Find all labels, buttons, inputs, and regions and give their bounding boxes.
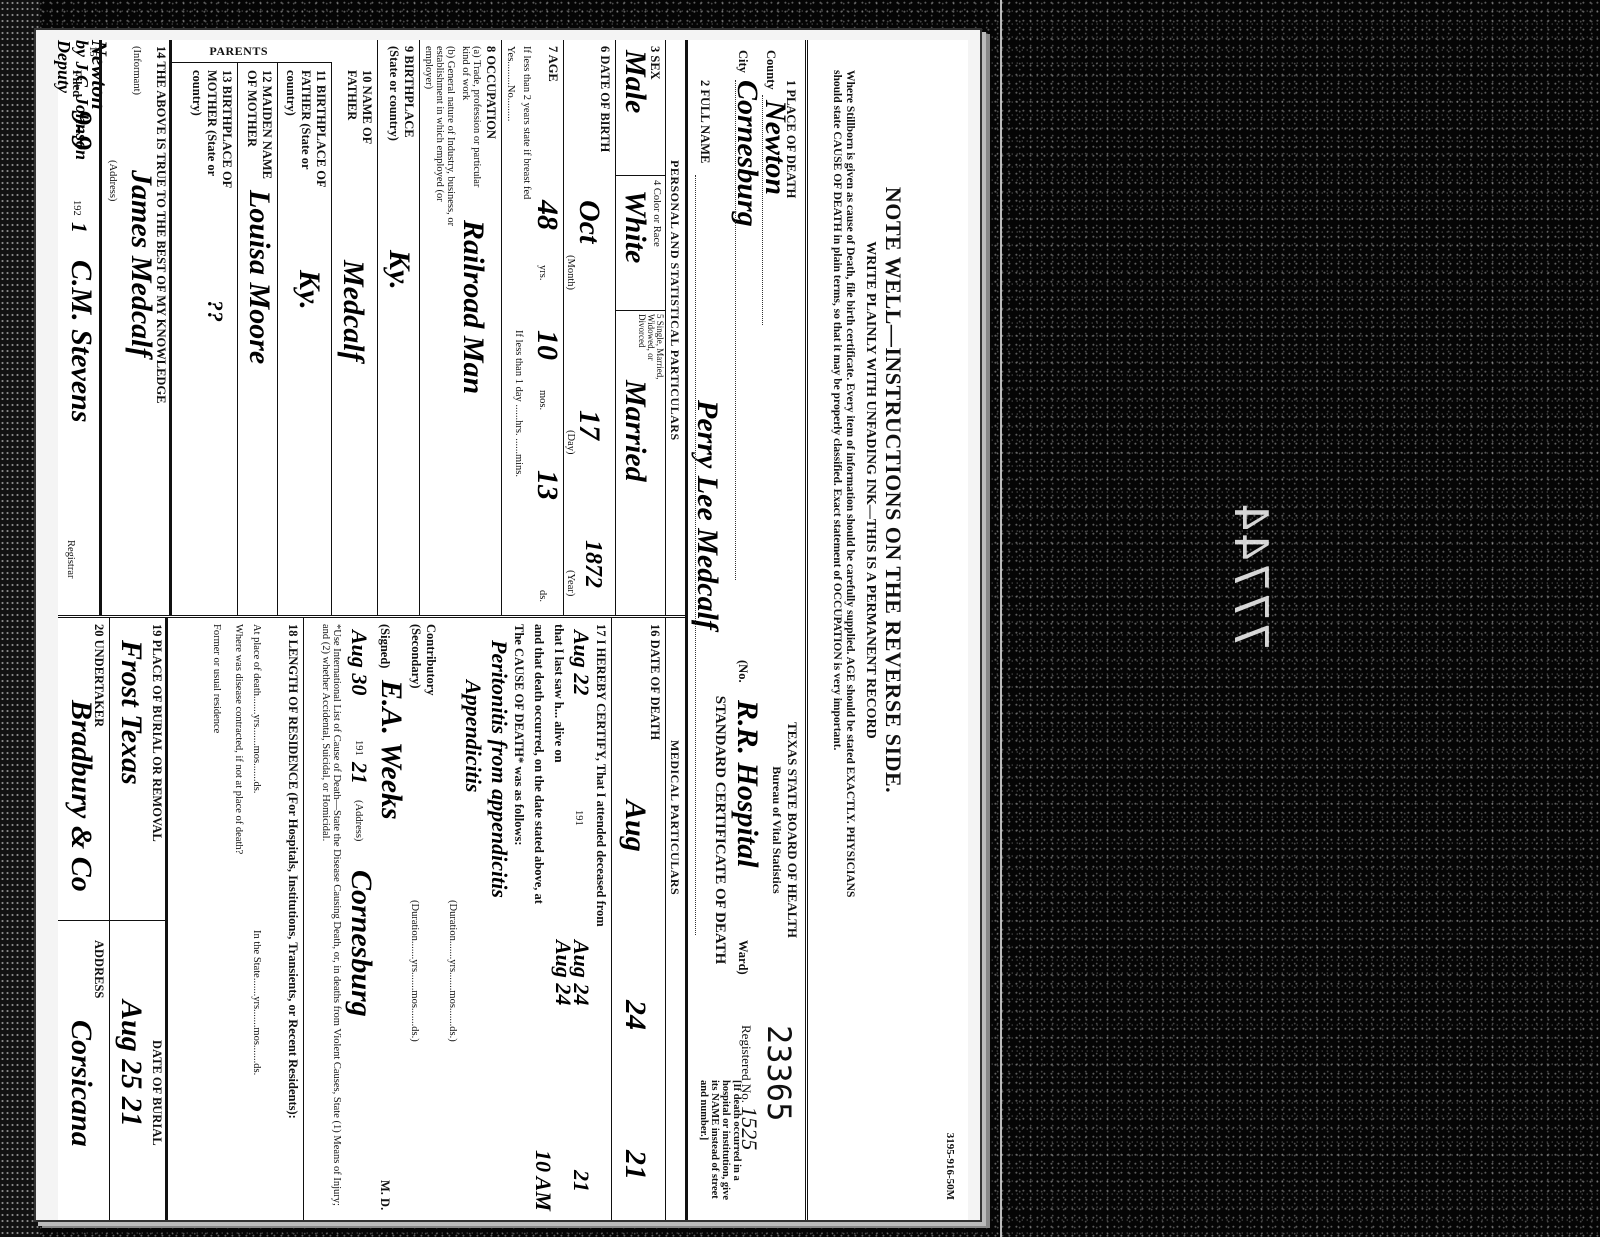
signed-label: (Signed) (377, 624, 392, 668)
center-divider (58, 615, 688, 618)
stamp-number: 77744 (1224, 502, 1278, 650)
physician-address-caption: (Address) (353, 800, 364, 841)
certificate-title: STANDARD CERTIFICATE OF DEATH (711, 640, 728, 1020)
burial-date-label: DATE OF BURIAL (149, 1040, 164, 1146)
burial-place-label: 19 PLACE OF BURIAL OR REMOVAL (149, 624, 164, 842)
signed-date: Aug 30 (346, 630, 372, 695)
full-name-line (695, 175, 696, 935)
full-name-label: 2 FULL NAME (697, 80, 712, 163)
row-rule (277, 62, 278, 615)
certify-label: 17 I HEREBY CERTIFY, That I attended dec… (593, 624, 608, 927)
residence-in-state: In the State.......yrs.......mos.......d… (251, 930, 262, 1075)
mother-maiden-value: Louisa Moore (242, 190, 276, 364)
cause-footnote: *Use International List of Cause of Deat… (320, 624, 342, 1214)
residence-label: 18 LENGTH OF RESIDENCE (For Hospitals, I… (285, 624, 300, 1214)
board-title: TEXAS STATE BOARD OF HEALTH (784, 680, 800, 980)
less-than-day: If less than 1 day ......hrs. ......mins… (513, 330, 524, 477)
informant-address-caption: (Address) (107, 160, 118, 201)
registrar-caption: Registrar (65, 540, 76, 579)
county-label: County (763, 50, 778, 90)
age-days-unit: ds. (537, 590, 548, 602)
race-label: 4 Color or Race (651, 180, 662, 247)
where-contracted: Where was disease contracted, if not at … (233, 624, 244, 854)
birthplace-value: Ky. (382, 250, 416, 290)
dob-label: 6 DATE OF BIRTH (597, 46, 612, 152)
row-rule (109, 618, 110, 1220)
father-birthplace-label: 11 BIRTHPLACE OF FATHER (State or countr… (283, 70, 328, 200)
last-saw-label: that I last saw h... alive on (551, 624, 566, 763)
race-value: White (618, 190, 652, 263)
undertaker-address-value: Corsicana (64, 1020, 98, 1147)
breast-fed-note: If less than 2 years state if breast fed (521, 46, 532, 199)
parents-section-title: PARENTS (209, 44, 268, 59)
age-label: 7 AGE (545, 46, 560, 82)
occupation-label: 8 OCCUPATION (483, 46, 498, 139)
name-rule (685, 40, 688, 1220)
death-date-label: 16 DATE OF DEATH (647, 624, 662, 740)
mother-birthplace-value: ?? (202, 300, 228, 322)
row-rule (665, 40, 666, 615)
city-line (735, 80, 736, 580)
bureau-title: Bureau of Vital Statistics (769, 680, 784, 980)
city-label: City (735, 50, 750, 73)
father-name-value: Medcalf (336, 260, 370, 362)
hospital-note: [If death occurred in a hospital or inst… (698, 1080, 742, 1210)
informant-caption: (Informant) (131, 46, 142, 95)
registrar-signature: C.M. Stevens (64, 260, 98, 423)
cause-label: The CAUSE OF DEATH* was as follows: (511, 624, 526, 846)
ward-label: Ward) (735, 940, 750, 975)
dob-day-caption: (Day) (565, 430, 576, 455)
mother-birthplace-label: 13 BIRTHPLACE OF MOTHER (State or countr… (189, 70, 234, 190)
burial-place-value: Frost Texas (114, 640, 148, 785)
signed-year-prefix: 191 (353, 740, 364, 756)
row-rule (169, 40, 172, 615)
form-code: 3195-916-50M (944, 1133, 956, 1200)
informant-value: James Medcalf (124, 170, 158, 357)
occupation-b-label: (b) General nature of Industry, business… (423, 46, 456, 246)
burial-col-rule (58, 920, 168, 921)
cause-primary: Peritonitis from appendicitis (486, 640, 512, 898)
parents-rule (172, 62, 332, 63)
write-plainly-heading: WRITE PLAINLY WITH UNFADING INK—THIS IS … (862, 80, 878, 900)
attended-year-prefix: 191 (573, 810, 584, 826)
row-rule (611, 618, 612, 1220)
occurred-label: and that death occurred, on the date sta… (531, 624, 546, 904)
filed-year: 1 (66, 222, 92, 233)
row-rule (165, 618, 168, 1220)
filed-date: 9-9 (64, 110, 98, 150)
mother-maiden-label: 12 MAIDEN NAME OF MOTHER (244, 70, 274, 180)
cause-secondary-line: Appendicitis (460, 680, 486, 792)
note-well-heading: NOTE WELL—INSTRUCTIONS ON THE REVERSE SI… (880, 80, 906, 900)
undertaker-address-label: ADDRESS (91, 940, 106, 998)
attended-year: 21 (568, 1170, 594, 1192)
filed-label: Filed (69, 70, 84, 97)
occurred-time: 10 AM (530, 1150, 556, 1211)
col-rule (616, 310, 666, 311)
personal-section-title: PERSONAL AND STATISTICAL PARTICULARS (667, 160, 682, 441)
former-residence: Former or usual residence (211, 624, 222, 733)
row-rule (563, 40, 564, 615)
last-saw-value: Aug 24 (550, 940, 576, 1005)
dob-month-caption: (Month) (565, 255, 576, 290)
death-day: 24 (618, 1000, 652, 1030)
filing-number: 15 (87, 46, 98, 57)
sex-value: Male (618, 50, 652, 113)
age-months-unit: mos. (537, 390, 548, 410)
signed-year: 21 (346, 762, 372, 784)
age-years: 48 (530, 200, 564, 230)
age-days: 13 (530, 470, 564, 500)
birthplace-label: 9 BIRTHPLACE (State or country) (386, 46, 416, 166)
residence-at-place: At place of death.......yrs.......mos...… (251, 624, 262, 793)
age-months: 10 (530, 330, 564, 360)
row-rule (377, 40, 378, 615)
undertaker-value: Bradbury & Co (64, 700, 98, 892)
cause-duration: (Duration.......yrs.......mos.......ds.) (447, 900, 458, 1042)
street-no-label: (No. (735, 660, 750, 683)
physician-address: Cornesburg (344, 870, 378, 1017)
marital-label: 5 Single, Married, Widowed, or Divorced (637, 314, 664, 384)
breast-fed-yes-no: Yes.........No......... (505, 46, 516, 121)
filed-year-prefix: 192 (71, 200, 82, 216)
instructions-text: Where Stillborn is given as cause of Dea… (830, 70, 856, 930)
col-rule (616, 175, 666, 176)
contributory-label: Contributory (Secondary) (408, 624, 438, 714)
death-certificate: Newton by J.C. Johnson Deputy 3195-916-5… (58, 40, 968, 1220)
row-rule (237, 62, 238, 615)
death-month: Aug (618, 800, 652, 852)
attended-from: Aug 22 (568, 630, 594, 695)
marital-value: Married (618, 380, 652, 482)
row-rule (501, 40, 502, 615)
margin-notes (888, 40, 1008, 240)
row-rule (665, 618, 666, 1220)
father-birthplace-value: Ky. (292, 270, 326, 310)
burial-date-value: Aug 25 21 (114, 1000, 148, 1127)
occupation-a-label: (a) Trade, profession or particular kind… (460, 46, 482, 196)
father-name-label: 10 NAME OF FATHER (344, 70, 374, 150)
md-label: M. D. (377, 1180, 392, 1210)
dob-day: 17 (572, 410, 606, 440)
age-years-unit: yrs. (537, 265, 548, 280)
occupation-a-value: Railroad Man (456, 220, 490, 394)
medical-section-title: MEDICAL PARTICULARS (667, 740, 682, 895)
row-rule (419, 40, 420, 615)
death-year: 21 (618, 1150, 652, 1180)
row-rule (615, 40, 616, 615)
row-rule (99, 40, 102, 615)
physician-signature: E.A. Weeks (374, 680, 408, 820)
dob-month: Oct (572, 200, 606, 243)
row-rule (303, 618, 304, 1220)
contributory-duration: (Duration.......yrs.......mos.......ds.) (409, 900, 420, 1042)
dob-year-caption: (Year) (565, 570, 576, 596)
file-number: 23365 (760, 1025, 798, 1121)
dob-year: 1872 (579, 540, 606, 588)
street-no-value: R.R. Hospital (730, 700, 764, 868)
row-rule (331, 62, 332, 615)
header-rule (805, 40, 808, 1220)
